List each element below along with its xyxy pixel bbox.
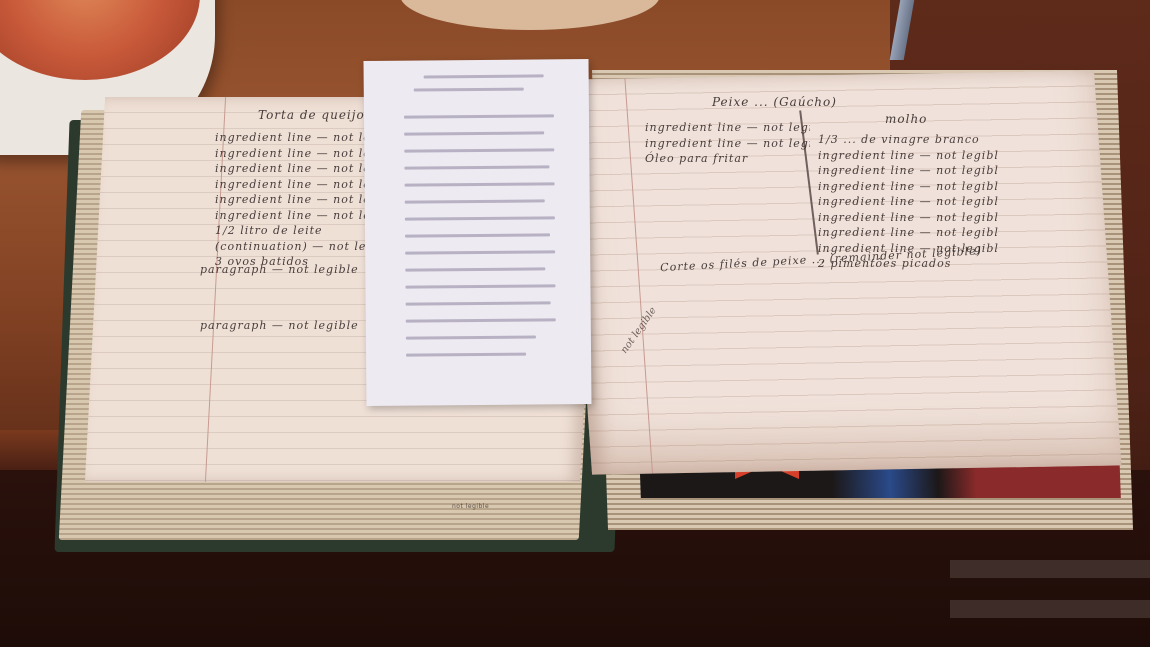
typed-line [405,267,545,271]
ingredient-line: ingredient line — not legible [818,163,998,179]
ingredient-line: ingredient line — not legible [215,161,365,177]
typed-line [405,233,550,237]
ingredient-line: ingredient line — not legible [818,194,998,210]
ingredient-line: ingredient line — not legible [215,208,365,224]
typed-line [404,148,554,152]
ingredient-line: 1/2 litro de leite [215,223,365,239]
ingredient-line: ingredient line — not legible [818,179,998,195]
typed-line [406,301,551,305]
sauce-heading: molho [885,112,927,126]
typed-line [405,199,545,203]
left-page-title: Torta de queijo [258,108,365,122]
ingredient-line: ingredient line — not legible [818,210,998,226]
ingredient-line: ingredient line — not legible [818,148,998,164]
typed-line [406,318,556,322]
background-stripe [950,560,1150,578]
ingredient-line: ingredient line — not legible [215,130,365,146]
photo-scene: Torta de queijo ingredient line — not le… [0,0,1150,647]
typed-line [405,250,555,254]
background-stripe [950,600,1150,618]
typed-line [404,114,554,118]
page-edge-label: not legible [452,503,489,510]
typed-line [406,353,526,357]
left-method: paragraph — not legible paragraph — not … [200,262,365,333]
typed-line [414,88,524,92]
ingredient-line: ingredient line — not legible [215,192,365,208]
right-ingredients-left: ingredient line — not legible ingredient… [645,120,810,167]
typed-line [404,165,549,169]
typed-line [406,335,536,339]
typed-line [405,182,555,186]
typed-line [405,216,555,220]
ingredient-line: ingredient line — not legible [645,136,810,152]
ingredient-line: ingredient line — not legible [215,177,365,193]
ingredient-line: ingredient line — not legible [818,225,998,241]
right-page-title: Peixe ... (Gaúcho) [712,95,837,109]
ingredient-line: 1/3 ... de vinagre branco [818,132,998,148]
ingredient-line: ingredient line — not legible [215,146,365,162]
ingredient-line: ingredient line — not legible [645,120,810,136]
method-paragraph: paragraph — not legible [200,262,365,278]
typed-line [404,131,544,135]
method-paragraph: paragraph — not legible [200,318,365,334]
ingredient-line: (continuation) — not legible [215,239,365,255]
typed-line [405,284,555,288]
typed-slip [363,59,591,406]
left-ingredients: ingredient line — not legible ingredient… [215,130,365,270]
ingredient-line: Óleo para fritar [645,151,810,167]
typed-line [424,74,544,78]
